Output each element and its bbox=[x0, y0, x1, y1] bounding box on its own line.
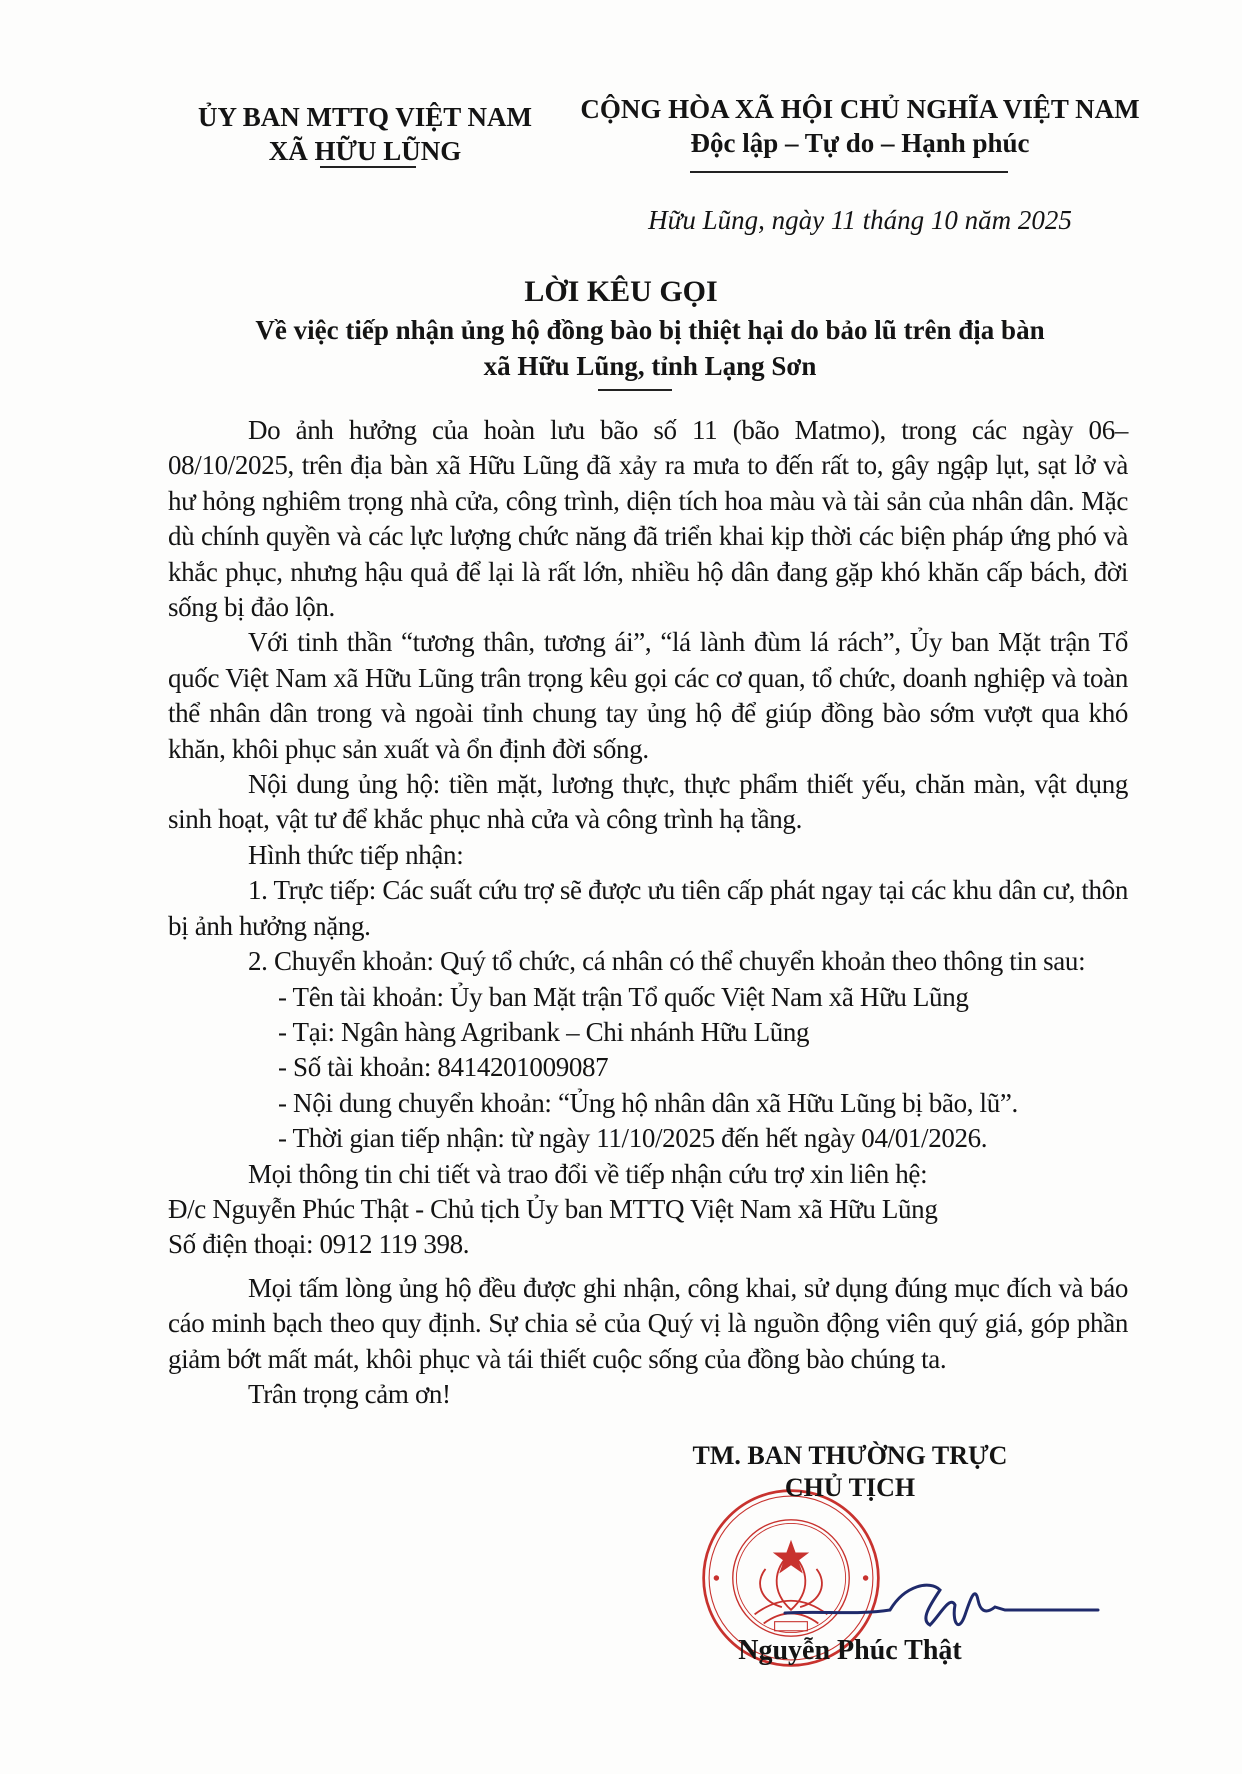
contact-person: Đ/c Nguyễn Phúc Thật - Chủ tịch Ủy ban M… bbox=[168, 1192, 1128, 1227]
signer-title-1: TM. BAN THƯỜNG TRỰC bbox=[640, 1440, 1060, 1472]
issuer-name: ỦY BAN MTTQ VIỆT NAM bbox=[175, 100, 555, 134]
signer-title-2: CHỦ TỊCH bbox=[640, 1472, 1060, 1504]
motto-underline bbox=[690, 171, 1008, 173]
issuer-underline bbox=[320, 166, 416, 168]
document-date: Hữu Lũng, ngày 11 tháng 10 năm 2025 bbox=[560, 205, 1160, 236]
paragraph-method-transfer: 2. Chuyển khoản: Quý tổ chức, cá nhân có… bbox=[168, 944, 1128, 979]
document-title: LỜI KÊU GỌI bbox=[150, 275, 1092, 309]
signature-icon bbox=[780, 1565, 1100, 1640]
national-motto: Độc lập – Tự do – Hạnh phúc bbox=[560, 126, 1160, 160]
contact-intro: Mọi thông tin chi tiết và trao đổi về ti… bbox=[168, 1157, 1128, 1192]
national-name: CỘNG HÒA XÃ HỘI CHỦ NGHĨA VIỆT NAM bbox=[560, 92, 1160, 126]
subtitle-line-1: Về việc tiếp nhận ủng hộ đồng bào bị thi… bbox=[200, 312, 1100, 348]
closing-thanks: Trân trọng cảm ơn! bbox=[168, 1377, 1128, 1412]
paragraph-transparency: Mọi tấm lòng ủng hộ đều được ghi nhận, c… bbox=[168, 1271, 1128, 1377]
issuer-header: ỦY BAN MTTQ VIỆT NAM XÃ HỮU LŨNG bbox=[175, 100, 555, 168]
subtitle-underline bbox=[598, 389, 672, 391]
subtitle-line-2: xã Hữu Lũng, tỉnh Lạng Sơn bbox=[200, 348, 1100, 384]
bank-info-list: - Tên tài khoản: Ủy ban Mặt trận Tổ quốc… bbox=[168, 980, 1128, 1157]
paragraph-method-direct: 1. Trực tiếp: Các suất cứu trợ sẽ được ư… bbox=[168, 873, 1128, 944]
document-body: Do ảnh hưởng của hoàn lưu bão số 11 (bão… bbox=[168, 413, 1128, 1412]
bank-account-name: - Tên tài khoản: Ủy ban Mặt trận Tổ quốc… bbox=[278, 980, 1128, 1015]
bank-reception-period: - Thời gian tiếp nhận: từ ngày 11/10/202… bbox=[278, 1121, 1128, 1156]
signer-name: Nguyễn Phúc Thật bbox=[650, 1635, 1050, 1667]
paragraph-donation-content: Nội dung ủng hộ: tiền mặt, lương thực, t… bbox=[168, 767, 1128, 838]
bank-transfer-note: - Nội dung chuyển khoản: “Ủng hộ nhân dâ… bbox=[278, 1086, 1128, 1121]
signature-block: TM. BAN THƯỜNG TRỰC CHỦ TỊCH bbox=[640, 1440, 1060, 1504]
paragraph-reception-methods: Hình thức tiếp nhận: bbox=[168, 838, 1128, 873]
national-header: CỘNG HÒA XÃ HỘI CHỦ NGHĨA VIỆT NAM Độc l… bbox=[560, 92, 1160, 160]
paragraph-appeal: Với tinh thần “tương thân, tương ái”, “l… bbox=[168, 625, 1128, 767]
issuer-commune: XÃ HỮU LŨNG bbox=[175, 134, 555, 168]
bank-branch: - Tại: Ngân hàng Agribank – Chi nhánh Hữ… bbox=[278, 1015, 1128, 1050]
document-subtitle: Về việc tiếp nhận ủng hộ đồng bào bị thi… bbox=[200, 312, 1100, 384]
contact-phone: Số điện thoại: 0912 119 398. bbox=[168, 1227, 1128, 1262]
paragraph-situation: Do ảnh hưởng của hoàn lưu bão số 11 (bão… bbox=[168, 413, 1128, 625]
bank-account-number: - Số tài khoản: 8414201009087 bbox=[278, 1050, 1128, 1085]
